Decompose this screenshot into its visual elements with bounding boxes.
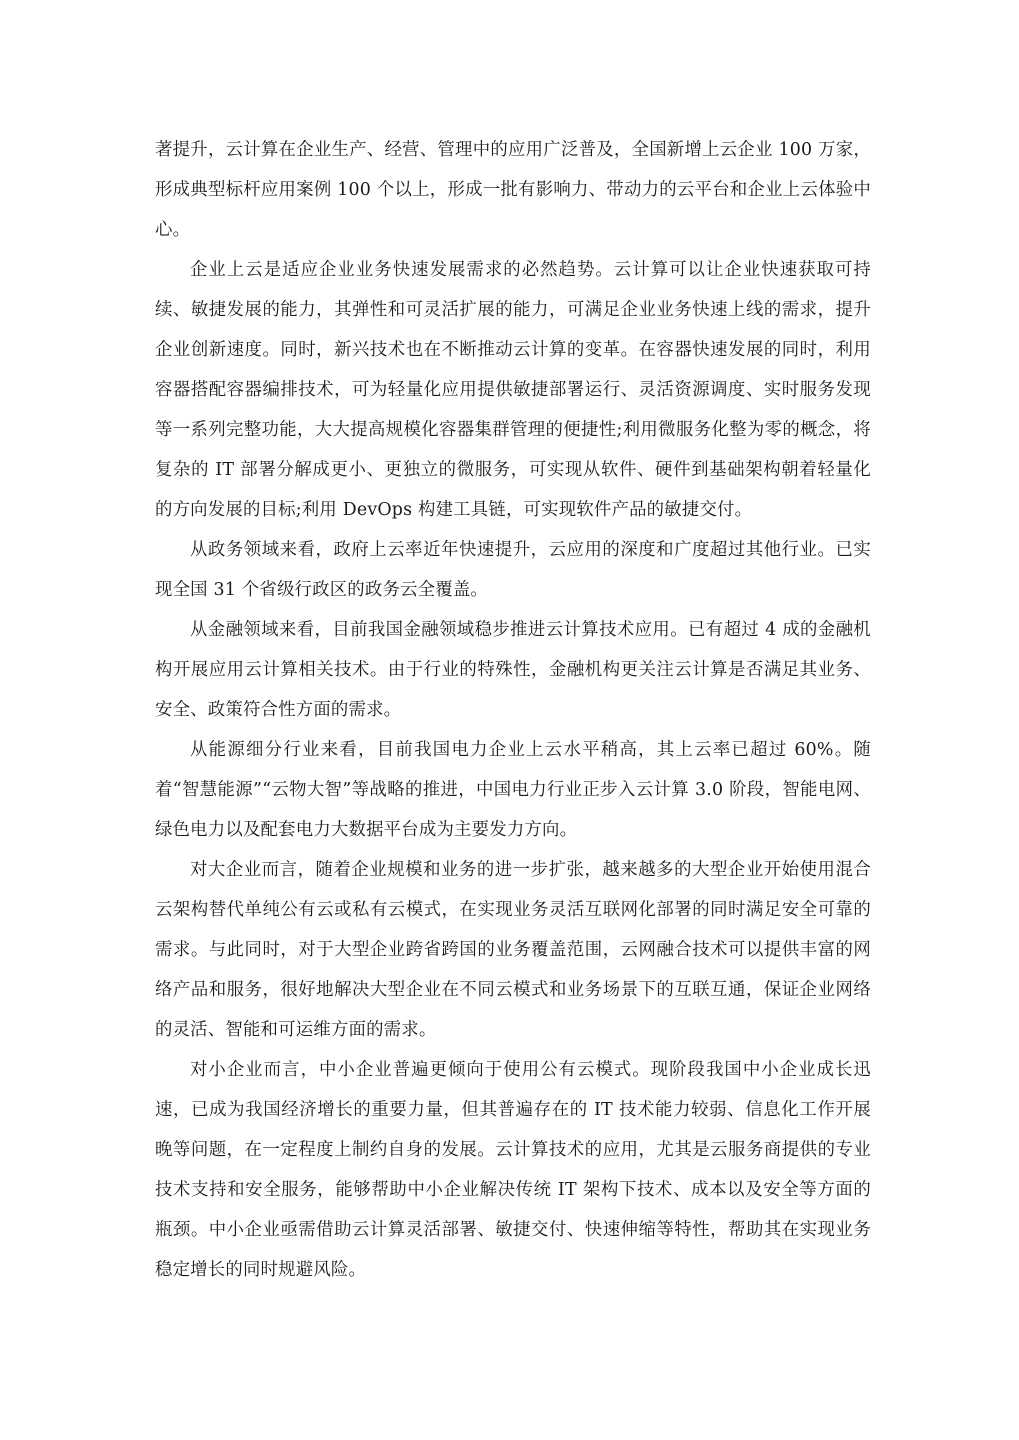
paragraph-government-sector: 从政务领域来看，政府上云率近年快速提升，云应用的深度和广度超过其他行业。已实现全… [155,530,871,610]
paragraph-energy-sector: 从能源细分行业来看，目前我国电力企业上云水平稍高，其上云率已超过 60%。随着“… [155,730,871,850]
paragraph-cloud-goals: 著提升，云计算在企业生产、经营、管理中的应用广泛普及，全国新增上云企业 100 … [155,130,871,250]
paragraph-large-enterprises: 对大企业而言，随着企业规模和业务的进一步扩张，越来越多的大型企业开始使用混合云架… [155,850,871,1050]
document-page: 著提升，云计算在企业生产、经营、管理中的应用广泛普及，全国新增上云企业 100 … [155,130,871,1290]
paragraph-enterprise-cloud-trend: 企业上云是适应企业业务快速发展需求的必然趋势。云计算可以让企业快速获取可持续、敏… [155,250,871,530]
paragraph-small-enterprises: 对小企业而言，中小企业普遍更倾向于使用公有云模式。现阶段我国中小企业成长迅速，已… [155,1050,871,1290]
paragraph-finance-sector: 从金融领域来看，目前我国金融领域稳步推进云计算技术应用。已有超过 4 成的金融机… [155,610,871,730]
